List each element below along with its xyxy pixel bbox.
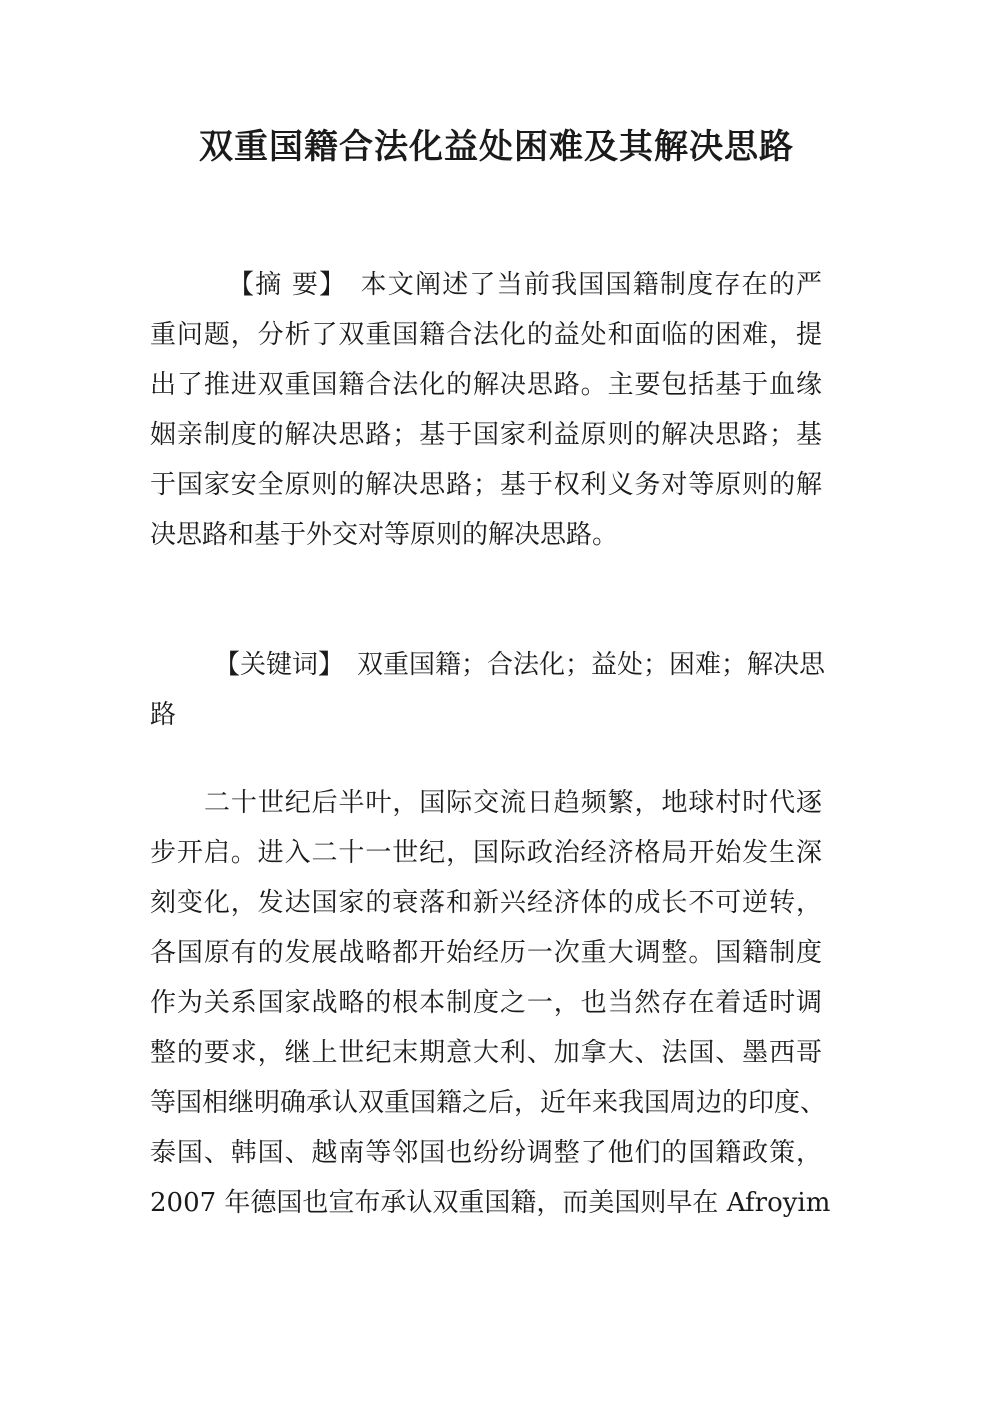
body-line: 整的要求，继上世纪末期意大利、加拿大、法国、墨西哥 <box>150 1028 822 1078</box>
keywords-line: 【关键词】 双重国籍；合法化；益处；困难；解决思 <box>150 640 822 690</box>
abstract-line: 重问题，分析了双重国籍合法化的益处和面临的困难，提 <box>150 310 822 360</box>
body-line: 作为关系国家战略的根本制度之一，也当然存在着适时调 <box>150 978 822 1028</box>
body-line: 刻变化，发达国家的衰落和新兴经济体的成长不可逆转， <box>150 878 822 928</box>
document-page: 双重国籍合法化益处困难及其解决思路 【摘 要】 本文阐述了当前我国国籍制度存在的… <box>0 0 993 1404</box>
body-line: 步开启。进入二十一世纪，国际政治经济格局开始发生深 <box>150 828 822 878</box>
body-line: 2007 年德国也宣布承认双重国籍，而美国则早在 Afroyim <box>150 1178 822 1228</box>
abstract-line: 决思路和基于外交对等原则的解决思路。 <box>150 510 822 560</box>
keywords-section: 【关键词】 双重国籍；合法化；益处；困难；解决思 路 <box>150 640 822 740</box>
body-line: 泰国、韩国、越南等邻国也纷纷调整了他们的国籍政策， <box>150 1128 822 1178</box>
body-line: 等国相继明确承认双重国籍之后，近年来我国周边的印度、 <box>150 1078 822 1128</box>
abstract-section: 【摘 要】 本文阐述了当前我国国籍制度存在的严 重问题，分析了双重国籍合法化的益… <box>150 260 822 560</box>
document-title: 双重国籍合法化益处困难及其解决思路 <box>0 121 993 173</box>
body-line: 各国原有的发展战略都开始经历一次重大调整。国籍制度 <box>150 928 822 978</box>
body-line: 二十世纪后半叶，国际交流日趋频繁，地球村时代逐 <box>150 778 822 828</box>
abstract-line: 姻亲制度的解决思路；基于国家利益原则的解决思路；基 <box>150 410 822 460</box>
body-section: 二十世纪后半叶，国际交流日趋频繁，地球村时代逐 步开启。进入二十一世纪，国际政治… <box>150 778 822 1228</box>
abstract-line: 【摘 要】 本文阐述了当前我国国籍制度存在的严 <box>150 260 822 310</box>
abstract-line: 于国家安全原则的解决思路；基于权利义务对等原则的解 <box>150 460 822 510</box>
keywords-line: 路 <box>150 690 822 740</box>
abstract-line: 出了推进双重国籍合法化的解决思路。主要包括基于血缘 <box>150 360 822 410</box>
